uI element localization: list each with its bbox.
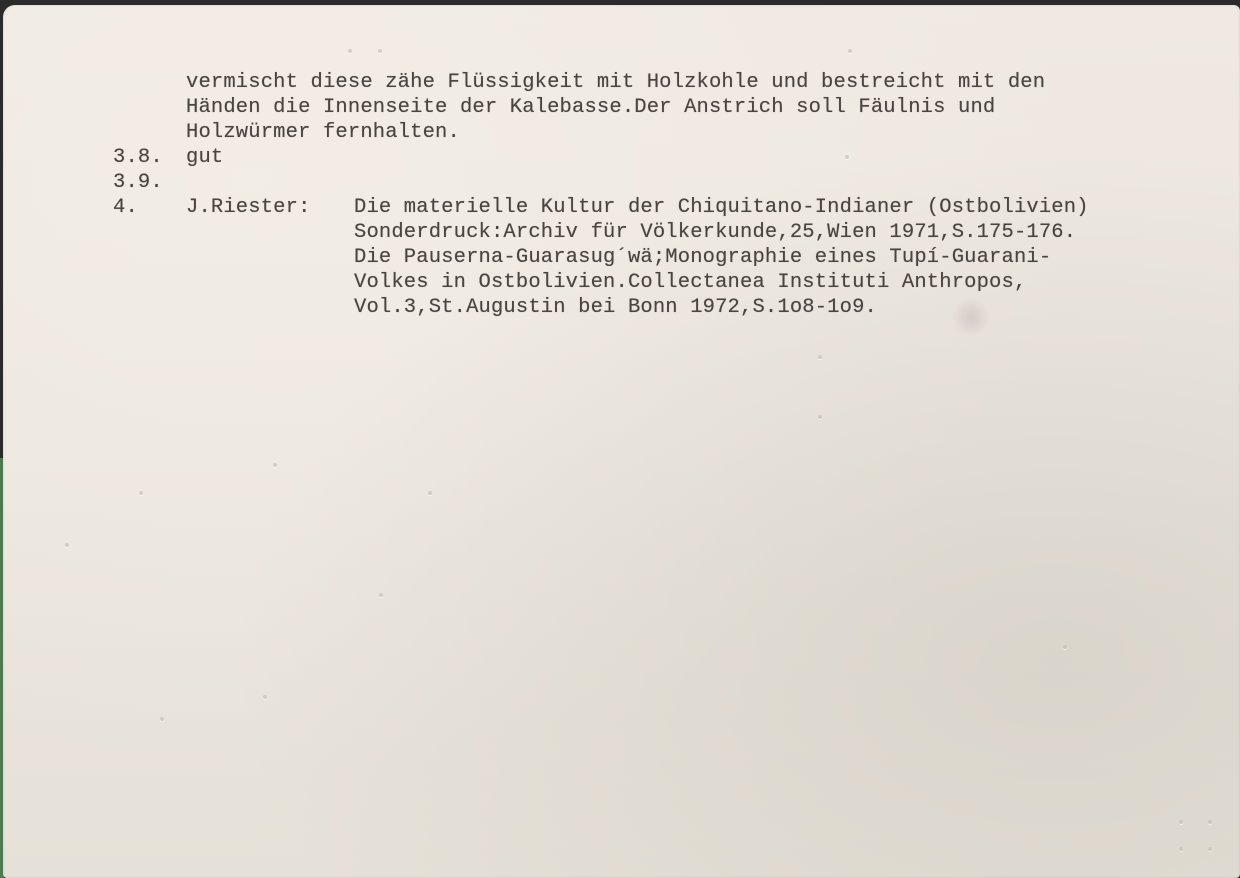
citation-line: Sonderdruck:Archiv für Völkerkunde,25,Wi… bbox=[354, 220, 1076, 245]
citation-line: Volkes in Ostbolivien.Collectanea Instit… bbox=[354, 270, 1026, 295]
bibliography: Die materielle Kultur der Chiquitano-Ind… bbox=[354, 195, 404, 370]
text-line: Holzwürmer fernhalten. bbox=[186, 120, 460, 145]
text-line: vermischt diese zähe Flüssigkeit mit Hol… bbox=[186, 70, 1045, 95]
emboss-dot bbox=[263, 695, 267, 699]
author-label: J.Riester: bbox=[186, 195, 311, 220]
emboss-dot bbox=[139, 491, 143, 495]
emboss-dot bbox=[378, 49, 382, 53]
emboss-dot bbox=[845, 155, 849, 159]
emboss-dot bbox=[1208, 820, 1212, 824]
citation-line: Die Pauserna-Guarasug´wä;Monographie ein… bbox=[354, 245, 1051, 270]
text-line: Händen die Innenseite der Kalebasse.Der … bbox=[186, 95, 995, 120]
emboss-dot bbox=[818, 415, 822, 419]
emboss-dot bbox=[348, 49, 352, 53]
entry-number: 4. bbox=[113, 195, 138, 220]
emboss-dot bbox=[379, 593, 383, 597]
emboss-dot bbox=[1208, 847, 1212, 851]
continuation-paragraph: vermischt diese zähe Flüssigkeit mit Hol… bbox=[186, 70, 236, 195]
citation-line: Vol.3,St.Augustin bei Bonn 1972,S.1o8-1o… bbox=[354, 295, 877, 320]
entry-number: 3.9. bbox=[113, 170, 163, 195]
emboss-dot bbox=[1179, 847, 1183, 851]
citation-line: Die materielle Kultur der Chiquitano-Ind… bbox=[354, 195, 1089, 220]
emboss-dot bbox=[1179, 820, 1183, 824]
emboss-dot bbox=[273, 463, 277, 467]
emboss-dot bbox=[160, 717, 164, 721]
emboss-dot bbox=[65, 543, 69, 547]
emboss-dot bbox=[848, 49, 852, 53]
emboss-dot bbox=[1063, 645, 1067, 649]
entry-value: gut bbox=[186, 145, 223, 170]
entry-number: 3.8. bbox=[113, 145, 163, 170]
emboss-dot bbox=[428, 491, 432, 495]
ink-smudge bbox=[951, 297, 991, 337]
index-card: vermischt diese zähe Flüssigkeit mit Hol… bbox=[3, 5, 1240, 878]
emboss-dot bbox=[818, 355, 822, 359]
